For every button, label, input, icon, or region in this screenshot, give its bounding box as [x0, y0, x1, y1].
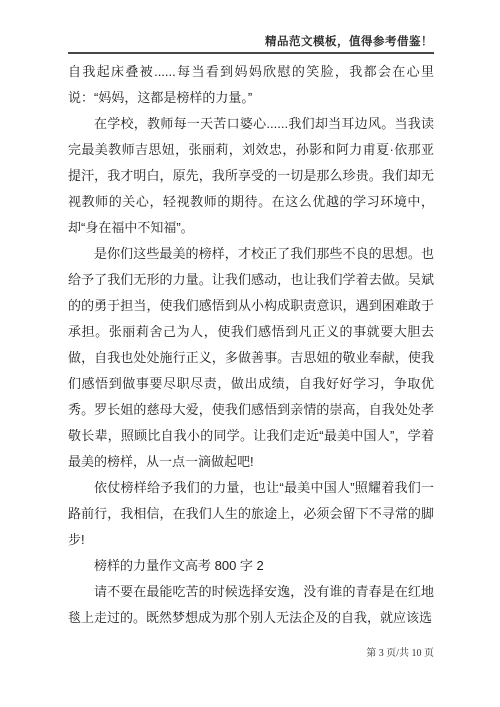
paragraph-subtitle: 榜样的力量作文高考 800 字 2: [68, 553, 434, 579]
document-body: 自我起床叠被......每当看到妈妈欣慰的笑脸，我都会在心里说：“妈妈，这都是榜…: [68, 59, 434, 631]
paragraph: 自我起床叠被......每当看到妈妈欣慰的笑脸，我都会在心里说：“妈妈，这都是榜…: [68, 59, 434, 111]
paragraph: 是你们这些最美的榜样，才校正了我们那些不良的思想。也给予了我们无形的力量。让我们…: [68, 241, 434, 475]
page-number: 第 3 页/共 10 页: [68, 644, 434, 659]
header-slogan: 精品范文模板，值得参考借鉴！: [68, 33, 433, 49]
paragraph: 依仗榜样给予我们的力量，也让“最美中国人”照耀着我们一路前行，我相信，在我们人生…: [68, 475, 434, 553]
document-page: 精品范文模板，值得参考借鉴！ 自我起床叠被......每当看到妈妈欣慰的笑脸，我…: [0, 0, 500, 707]
paragraph: 请不要在最能吃苦的时候选择安逸，没有谁的青春是在红地毯上走过的。既然梦想成为那个…: [68, 579, 434, 631]
paragraph: 在学校，教师每一天苦口婆心......我们却当耳边风。当我读完最美教师吉思妞，张…: [68, 111, 434, 241]
header-rule-line: [68, 52, 434, 54]
